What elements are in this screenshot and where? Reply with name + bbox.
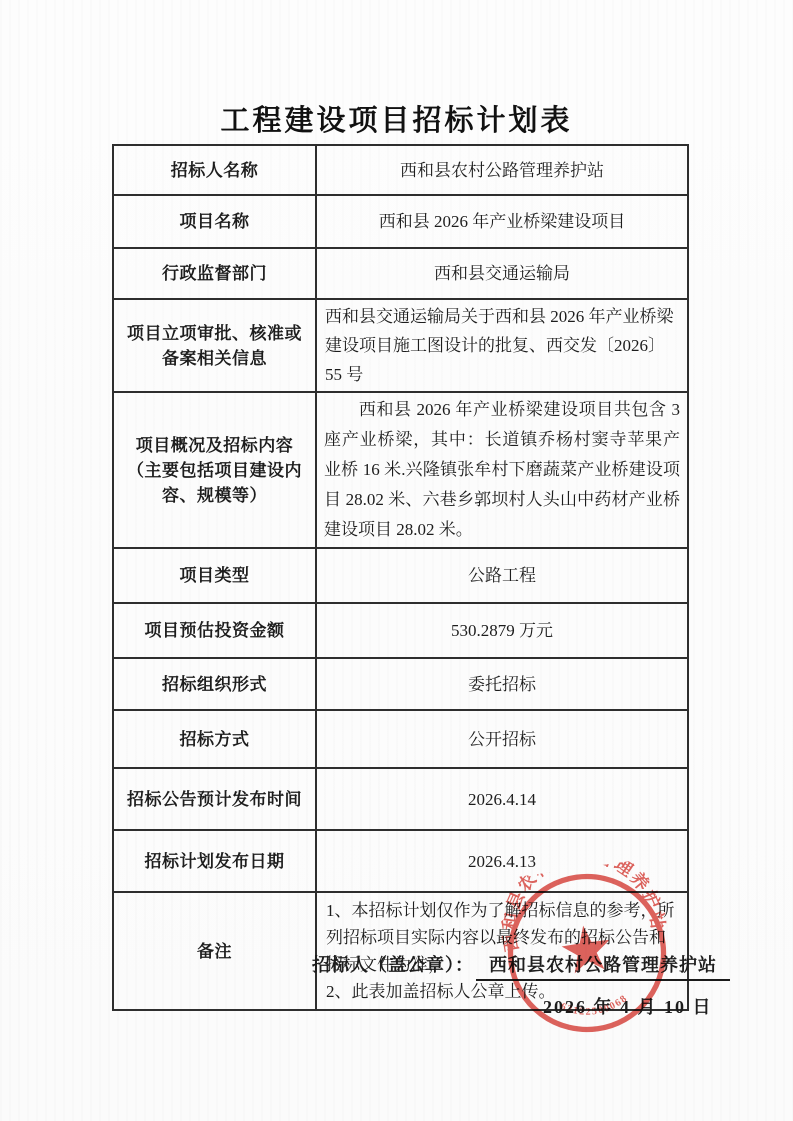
row-value: 530.2879 万元 bbox=[316, 603, 688, 658]
row-value: 西和县交通运输局 bbox=[316, 248, 688, 299]
row-value: 西和县交通运输局关于西和县 2026 年产业桥梁建设项目施工图设计的批复、西交发… bbox=[316, 299, 688, 392]
row-label: 行政监督部门 bbox=[113, 248, 316, 299]
table-row: 招标人名称 西和县农村公路管理养护站 bbox=[113, 145, 688, 195]
table-row: 项目立项审批、核准或备案相关信息 西和县交通运输局关于西和县 2026 年产业桥… bbox=[113, 299, 688, 392]
row-label: 项目名称 bbox=[113, 195, 316, 248]
row-value: 西和县农村公路管理养护站 bbox=[316, 145, 688, 195]
row-label: 项目类型 bbox=[113, 548, 316, 603]
scanned-document-page: 工程建设项目招标计划表 招标人名称 西和县农村公路管理养护站 项目名称 西和县 … bbox=[0, 0, 793, 1121]
row-value: 西和县 2026 年产业桥梁建设项目共包含 3 座产业桥梁，其中：长道镇乔杨村窦… bbox=[316, 392, 688, 548]
row-label: 招标计划发布日期 bbox=[113, 830, 316, 892]
row-label: 备注 bbox=[113, 892, 316, 1010]
row-label: 项目立项审批、核准或备案相关信息 bbox=[113, 299, 316, 392]
row-label: 招标组织形式 bbox=[113, 658, 316, 710]
row-value: 委托招标 bbox=[316, 658, 688, 710]
seal-star-icon bbox=[559, 922, 613, 974]
table-row: 招标公告预计发布时间 2026.4.14 bbox=[113, 768, 688, 830]
table-row: 项目名称 西和县 2026 年产业桥梁建设项目 bbox=[113, 195, 688, 248]
row-label: 招标方式 bbox=[113, 710, 316, 768]
seal-code: 62122500068 bbox=[557, 992, 631, 1022]
row-label: 项目概况及招标内容（主要包括项目建设内容、规模等） bbox=[113, 392, 316, 548]
table-row: 招标方式 公开招标 bbox=[113, 710, 688, 768]
table-row: 项目预估投资金额 530.2879 万元 bbox=[113, 603, 688, 658]
table-row: 招标组织形式 委托招标 bbox=[113, 658, 688, 710]
table-row: 项目概况及招标内容（主要包括项目建设内容、规模等） 西和县 2026 年产业桥梁… bbox=[113, 392, 688, 548]
seal-inner-art: 西和县农村公路管理养护站 62122500068 bbox=[491, 857, 679, 1029]
table-row: 行政监督部门 西和县交通运输局 bbox=[113, 248, 688, 299]
table-row: 项目类型 公路工程 bbox=[113, 548, 688, 603]
row-label: 项目预估投资金额 bbox=[113, 603, 316, 658]
row-label: 招标人名称 bbox=[113, 145, 316, 195]
page-title: 工程建设项目招标计划表 bbox=[0, 98, 793, 139]
official-seal-stamp: 西和县农村公路管理养护站 62122500068 bbox=[491, 857, 683, 1049]
row-label: 招标公告预计发布时间 bbox=[113, 768, 316, 830]
row-value: 2026.4.14 bbox=[316, 768, 688, 830]
row-value: 西和县 2026 年产业桥梁建设项目 bbox=[316, 195, 688, 248]
signer-label: 招标人（盖公章）： bbox=[312, 955, 474, 975]
row-value: 公路工程 bbox=[316, 548, 688, 603]
row-value: 公开招标 bbox=[316, 710, 688, 768]
